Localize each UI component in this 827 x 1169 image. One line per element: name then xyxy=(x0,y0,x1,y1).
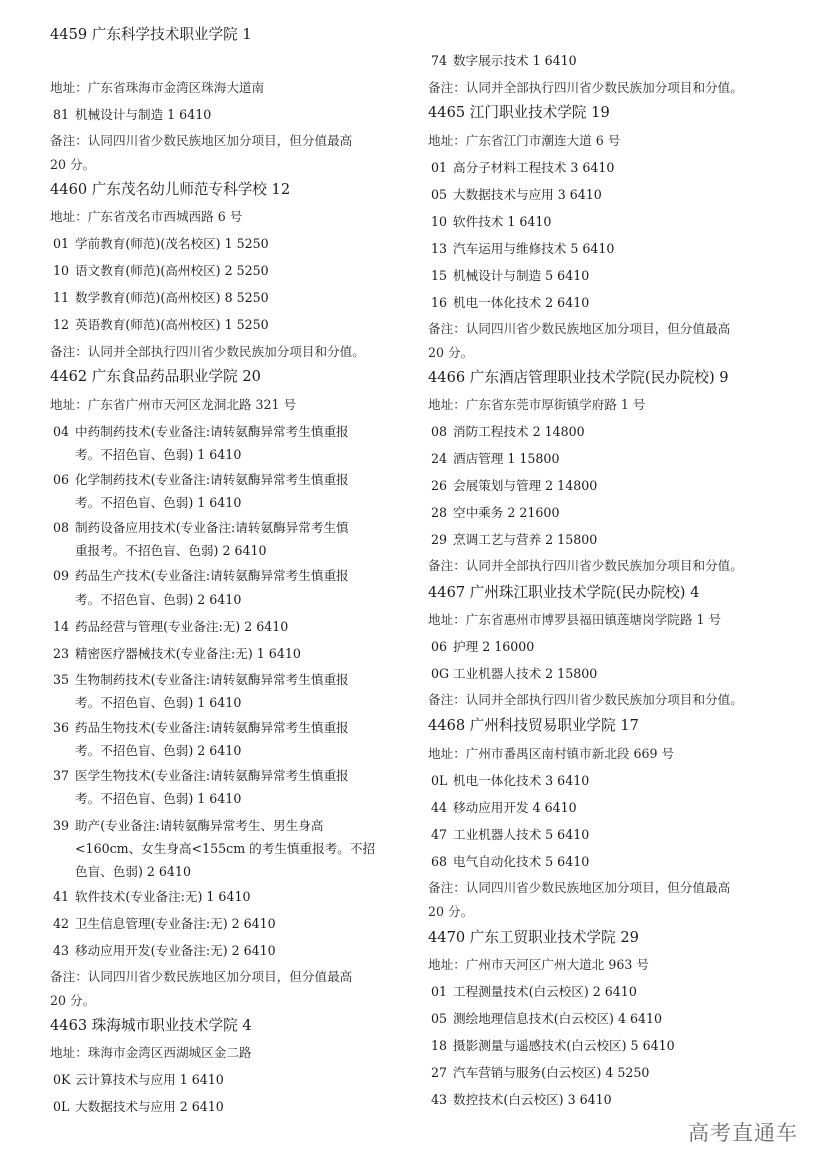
major-code: 26 xyxy=(431,478,453,494)
major-text: 软件技术 1 6410 xyxy=(453,214,551,229)
major-row: 13汽车运用与维修技术 5 6410 xyxy=(428,241,614,257)
school-note: 20 分。 xyxy=(50,993,95,1009)
major-row: 44移动应用开发 4 6410 xyxy=(428,800,577,816)
major-code: 44 xyxy=(431,800,453,816)
major-text: 电气自动化技术 5 6410 xyxy=(453,854,589,869)
major-text: 卫生信息管理(专业备注:无) 2 6410 xyxy=(75,916,276,931)
major-code: 41 xyxy=(53,889,75,905)
major-text: 精密医疗器械技术(专业备注:无) 1 6410 xyxy=(75,646,301,661)
major-row: 0G工业机器人技术 2 15800 xyxy=(428,666,597,682)
major-code: 12 xyxy=(53,317,75,333)
major-continuation: 考。不招色盲、色弱) 2 6410 xyxy=(50,592,241,608)
major-row: 36药品生物技术(专业备注:请转氨酶异常考生慎重报 xyxy=(50,720,349,736)
major-row: 11数学教育(师范)(高州校区) 8 5250 xyxy=(50,290,269,306)
major-text: 机电一体化技术 2 6410 xyxy=(453,295,589,310)
major-text: 大数据技术与应用 3 6410 xyxy=(453,187,602,202)
major-text: 数字展示技术 1 6410 xyxy=(453,53,577,68)
major-row: 06护理 2 16000 xyxy=(428,639,534,655)
major-text: 制药设备应用技术(专业备注:请转氨酶异常考生慎 xyxy=(75,520,349,535)
major-continuation: 考。不招色盲、色弱) 1 6410 xyxy=(50,791,241,807)
major-code: 0L xyxy=(53,1099,75,1115)
school-note: 备注：认同四川省少数民族地区加分项目，但分值最高 xyxy=(50,969,352,985)
major-code: 27 xyxy=(431,1065,453,1081)
school-note: 备注：认同四川省少数民族地区加分项目，但分值最高 xyxy=(428,880,730,896)
major-continuation: 考。不招色盲、色弱) 1 6410 xyxy=(50,695,241,711)
school-note: 备注：认同并全部执行四川省少数民族加分项目和分值。 xyxy=(428,692,743,708)
major-text: 消防工程技术 2 14800 xyxy=(453,424,585,439)
major-row: 01学前教育(师范)(茂名校区) 1 5250 xyxy=(50,236,269,252)
major-text: 药品生物技术(专业备注:请转氨酶异常考生慎重报 xyxy=(75,720,349,735)
school-heading: 4459 广东科学技术职业学院 1 xyxy=(50,26,252,44)
major-code: 18 xyxy=(431,1038,453,1054)
school-note: 备注：认同四川省少数民族地区加分项目，但分值最高 xyxy=(428,321,730,337)
major-row: 01工程测量技术(白云校区) 2 6410 xyxy=(428,984,637,1000)
school-note: 20 分。 xyxy=(50,157,95,173)
major-row: 43数控技术(白云校区) 3 6410 xyxy=(428,1092,612,1108)
major-text: 云计算技术与应用 1 6410 xyxy=(75,1072,224,1087)
major-code: 15 xyxy=(431,268,453,284)
major-code: 43 xyxy=(53,943,75,959)
major-code: 01 xyxy=(431,984,453,1000)
major-row: 68电气自动化技术 5 6410 xyxy=(428,854,589,870)
major-code: 06 xyxy=(431,639,453,655)
major-code: 05 xyxy=(431,187,453,203)
major-row: 08制药设备应用技术(专业备注:请转氨酶异常考生慎 xyxy=(50,520,349,536)
major-row: 10语文教育(师范)(高州校区) 2 5250 xyxy=(50,263,269,279)
major-text: 数学教育(师范)(高州校区) 8 5250 xyxy=(75,290,269,305)
major-row: 74数字展示技术 1 6410 xyxy=(428,53,577,69)
major-continuation: 考。不招色盲、色弱) 2 6410 xyxy=(50,743,241,759)
major-code: 0L xyxy=(431,773,453,789)
school-heading: 4466 广东酒店管理职业技术学院(民办院校) 9 xyxy=(428,369,729,387)
major-code: 0G xyxy=(431,666,453,682)
major-row: 18摄影测量与遥感技术(白云校区) 5 6410 xyxy=(428,1038,675,1054)
major-text: 生物制药技术(专业备注:请转氨酶异常考生慎重报 xyxy=(75,672,349,687)
major-text: 机械设计与制造 5 6410 xyxy=(453,268,589,283)
major-code: 11 xyxy=(53,290,75,306)
major-code: 05 xyxy=(431,1011,453,1027)
major-text: 助产(专业备注:请转氨酶异常考生、男生身高 xyxy=(75,818,323,833)
major-row: 81机械设计与制造 1 6410 xyxy=(50,107,211,123)
school-address: 地址：广东省惠州市博罗县福田镇莲塘岗学院路 1 号 xyxy=(428,612,721,628)
major-code: 09 xyxy=(53,568,75,584)
major-row: 26会展策划与管理 2 14800 xyxy=(428,478,597,494)
school-address: 地址：广州市番禺区南村镇市新北段 669 号 xyxy=(428,746,674,762)
major-text: 语文教育(师范)(高州校区) 2 5250 xyxy=(75,263,269,278)
major-row: 0K云计算技术与应用 1 6410 xyxy=(50,1072,224,1088)
major-row: 0L机电一体化技术 3 6410 xyxy=(428,773,589,789)
major-code: 28 xyxy=(431,505,453,521)
major-row: 35生物制药技术(专业备注:请转氨酶异常考生慎重报 xyxy=(50,672,349,688)
major-code: 08 xyxy=(431,424,453,440)
major-row: 29烹调工艺与营养 2 15800 xyxy=(428,532,597,548)
major-continuation: <160cm、女生身高<155cm 的考生慎重报考。不招 xyxy=(50,841,375,857)
major-code: 10 xyxy=(53,263,75,279)
major-code: 04 xyxy=(53,424,75,440)
school-address: 地址：广东省广州市天河区龙洞北路 321 号 xyxy=(50,397,296,413)
school-note: 备注：认同四川省少数民族地区加分项目，但分值最高 xyxy=(50,133,352,149)
major-row: 43移动应用开发(专业备注:无) 2 6410 xyxy=(50,943,276,959)
major-text: 英语教育(师范)(高州校区) 1 5250 xyxy=(75,317,269,332)
major-row: 23精密医疗器械技术(专业备注:无) 1 6410 xyxy=(50,646,301,662)
major-code: 39 xyxy=(53,818,75,834)
major-code: 23 xyxy=(53,646,75,662)
major-row: 28空中乘务 2 21600 xyxy=(428,505,559,521)
major-text: 测绘地理信息技术(白云校区) 4 6410 xyxy=(453,1011,662,1026)
major-code: 47 xyxy=(431,827,453,843)
major-code: 24 xyxy=(431,451,453,467)
major-continuation: 色盲、色弱) 2 6410 xyxy=(50,864,191,880)
major-text: 机电一体化技术 3 6410 xyxy=(453,773,589,788)
major-row: 04中药制药技术(专业备注:请转氨酶异常考生慎重报 xyxy=(50,424,349,440)
major-code: 42 xyxy=(53,916,75,932)
school-heading: 4465 江门职业技术学院 19 xyxy=(428,104,610,122)
major-text: 护理 2 16000 xyxy=(453,639,534,654)
major-code: 37 xyxy=(53,768,75,784)
school-heading: 4462 广东食品药品职业学院 20 xyxy=(50,368,261,386)
major-row: 37医学生物技术(专业备注:请转氨酶异常考生慎重报 xyxy=(50,768,349,784)
watermark: 高考直通车 xyxy=(688,1117,798,1147)
major-text: 化学制药技术(专业备注:请转氨酶异常考生慎重报 xyxy=(75,472,349,487)
major-row: 01高分子材料工程技术 3 6410 xyxy=(428,160,614,176)
major-text: 数控技术(白云校区) 3 6410 xyxy=(453,1092,612,1107)
major-text: 药品经营与管理(专业备注:无) 2 6410 xyxy=(75,619,288,634)
major-continuation: 考。不招色盲、色弱) 1 6410 xyxy=(50,495,241,511)
major-code: 29 xyxy=(431,532,453,548)
major-text: 机械设计与制造 1 6410 xyxy=(75,107,211,122)
major-row: 12英语教育(师范)(高州校区) 1 5250 xyxy=(50,317,269,333)
major-text: 医学生物技术(专业备注:请转氨酶异常考生慎重报 xyxy=(75,768,349,783)
school-heading: 4470 广东工贸职业技术学院 29 xyxy=(428,929,639,947)
major-code: 81 xyxy=(53,107,75,123)
major-row: 05大数据技术与应用 3 6410 xyxy=(428,187,602,203)
major-row: 0L大数据技术与应用 2 6410 xyxy=(50,1099,224,1115)
major-code: 74 xyxy=(431,53,453,69)
major-row: 24酒店管理 1 15800 xyxy=(428,451,559,467)
school-note: 20 分。 xyxy=(428,904,473,920)
school-heading: 4467 广州珠江职业技术学院(民办院校) 4 xyxy=(428,584,699,602)
major-text: 工程测量技术(白云校区) 2 6410 xyxy=(453,984,637,999)
major-row: 39助产(专业备注:请转氨酶异常考生、男生身高 xyxy=(50,818,323,834)
major-text: 高分子材料工程技术 3 6410 xyxy=(453,160,614,175)
school-note: 备注：认同并全部执行四川省少数民族加分项目和分值。 xyxy=(428,80,743,96)
school-address: 地址：广东省茂名市西城西路 6 号 xyxy=(50,209,242,225)
major-text: 工业机器人技术 2 15800 xyxy=(453,666,597,681)
school-note: 备注：认同并全部执行四川省少数民族加分项目和分值。 xyxy=(50,344,365,360)
major-text: 汽车营销与服务(白云校区) 4 5250 xyxy=(453,1065,649,1080)
major-row: 14药品经营与管理(专业备注:无) 2 6410 xyxy=(50,619,288,635)
major-code: 36 xyxy=(53,720,75,736)
major-code: 01 xyxy=(431,160,453,176)
major-continuation: 考。不招色盲、色弱) 1 6410 xyxy=(50,447,241,463)
major-code: 35 xyxy=(53,672,75,688)
major-row: 08消防工程技术 2 14800 xyxy=(428,424,585,440)
major-text: 药品生产技术(专业备注:请转氨酶异常考生慎重报 xyxy=(75,568,349,583)
school-address: 地址：广东省江门市潮连大道 6 号 xyxy=(428,133,620,149)
major-code: 0K xyxy=(53,1072,75,1088)
school-address: 地址：广州市天河区广州大道北 963 号 xyxy=(428,957,649,973)
major-code: 14 xyxy=(53,619,75,635)
major-code: 01 xyxy=(53,236,75,252)
major-code: 68 xyxy=(431,854,453,870)
major-text: 软件技术(专业备注:无) 1 6410 xyxy=(75,889,250,904)
major-code: 43 xyxy=(431,1092,453,1108)
major-row: 16机电一体化技术 2 6410 xyxy=(428,295,589,311)
school-note: 备注：认同并全部执行四川省少数民族加分项目和分值。 xyxy=(428,558,743,574)
major-code: 08 xyxy=(53,520,75,536)
major-row: 09药品生产技术(专业备注:请转氨酶异常考生慎重报 xyxy=(50,568,349,584)
school-address: 地址：珠海市金湾区西湖城区金二路 xyxy=(50,1045,252,1061)
major-text: 空中乘务 2 21600 xyxy=(453,505,559,520)
major-text: 中药制药技术(专业备注:请转氨酶异常考生慎重报 xyxy=(75,424,349,439)
major-text: 酒店管理 1 15800 xyxy=(453,451,559,466)
major-row: 06化学制药技术(专业备注:请转氨酶异常考生慎重报 xyxy=(50,472,349,488)
major-row: 10软件技术 1 6410 xyxy=(428,214,551,230)
school-heading: 4468 广州科技贸易职业学院 17 xyxy=(428,717,639,735)
major-text: 学前教育(师范)(茂名校区) 1 5250 xyxy=(75,236,269,251)
major-code: 10 xyxy=(431,214,453,230)
major-continuation: 重报考。不招色盲、色弱) 2 6410 xyxy=(50,543,267,559)
major-code: 06 xyxy=(53,472,75,488)
school-heading: 4463 珠海城市职业技术学院 4 xyxy=(50,1017,252,1035)
major-code: 13 xyxy=(431,241,453,257)
school-heading: 4460 广东茂名幼儿师范专科学校 12 xyxy=(50,181,290,199)
school-address: 地址：广东省珠海市金湾区珠海大道南 xyxy=(50,80,264,96)
major-text: 工业机器人技术 5 6410 xyxy=(453,827,589,842)
major-text: 大数据技术与应用 2 6410 xyxy=(75,1099,224,1114)
major-text: 汽车运用与维修技术 5 6410 xyxy=(453,241,614,256)
major-row: 42卫生信息管理(专业备注:无) 2 6410 xyxy=(50,916,276,932)
major-row: 15机械设计与制造 5 6410 xyxy=(428,268,589,284)
major-text: 移动应用开发(专业备注:无) 2 6410 xyxy=(75,943,276,958)
major-row: 47工业机器人技术 5 6410 xyxy=(428,827,589,843)
major-row: 27汽车营销与服务(白云校区) 4 5250 xyxy=(428,1065,649,1081)
major-row: 05测绘地理信息技术(白云校区) 4 6410 xyxy=(428,1011,662,1027)
major-code: 16 xyxy=(431,295,453,311)
major-text: 摄影测量与遥感技术(白云校区) 5 6410 xyxy=(453,1038,675,1053)
major-text: 烹调工艺与营养 2 15800 xyxy=(453,532,597,547)
major-row: 41软件技术(专业备注:无) 1 6410 xyxy=(50,889,250,905)
school-address: 地址：广东省东莞市厚街镇学府路 1 号 xyxy=(428,397,646,413)
school-note: 20 分。 xyxy=(428,345,473,361)
major-text: 移动应用开发 4 6410 xyxy=(453,800,577,815)
major-text: 会展策划与管理 2 14800 xyxy=(453,478,597,493)
